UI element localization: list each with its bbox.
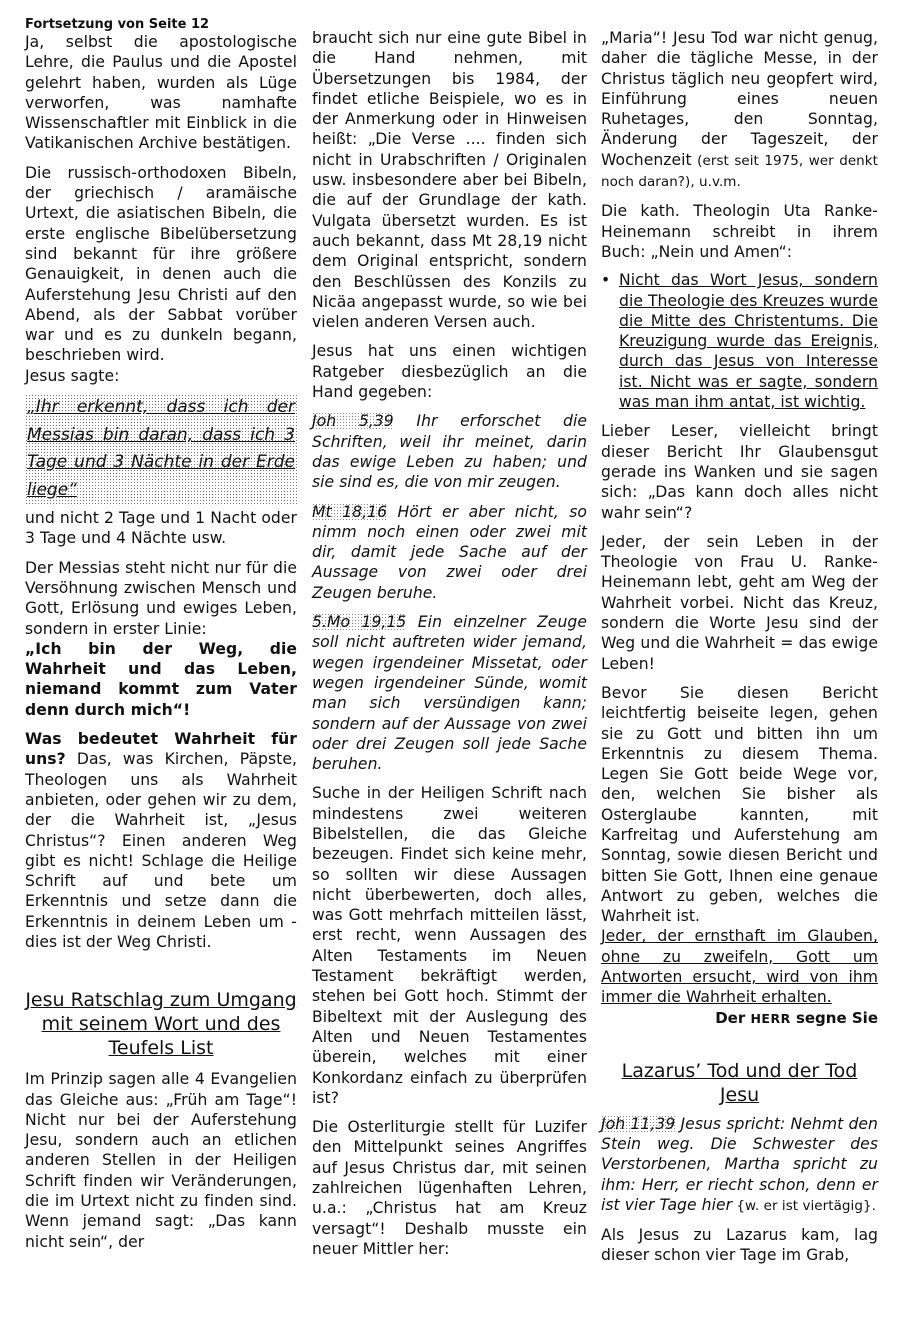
bible-verse: Joh 5,39 Ihr erforschet die Schriften, w… (312, 411, 587, 492)
paragraph: Bevor Sie diesen Bericht leichtfertig be… (601, 683, 878, 927)
paragraph: Als Jesus zu Lazarus kam, lag dieser sch… (601, 1225, 878, 1266)
blessing: Der HERR segne Sie (601, 1008, 878, 1029)
bible-verse: 5.Mo 19,15 Ein einzelner Zeuge soll nich… (312, 612, 587, 774)
paragraph: und nicht 2 Tage und 1 Nacht oder 3 Tage… (25, 508, 297, 549)
highlighted-quote: „Ihr erkennt, dass ich der Messias bin d… (25, 394, 297, 504)
paragraph-text: Das, was Kirchen, Päpste, Theologen uns … (25, 750, 297, 951)
bullet-item: • Nicht das Wort Jesus, sondern die Theo… (601, 270, 878, 412)
verse-reference: Joh 11,39 (601, 1115, 675, 1133)
paragraph: Jesus sagte: (25, 366, 297, 386)
section-heading: Jesu Ratschlag zum Umgang mit seinem Wor… (25, 988, 297, 1060)
column-2: braucht sich nur eine gute Bibel in die … (312, 28, 587, 1259)
paragraph: Jesus hat uns einen wichtigen Ratgeber d… (312, 341, 587, 402)
section-heading: Lazarus’ Tod und der Tod Jesu (601, 1059, 878, 1107)
blessing-text: segne Sie (791, 1009, 878, 1027)
verse-text: Ein einzelner Zeuge soll nicht auftreten… (312, 613, 587, 773)
bold-quote: „Ich bin der Weg, die Wahrheit und das L… (25, 639, 297, 720)
verse-reference: 5.Mo 19,15 (312, 613, 406, 631)
verse-reference: Joh 5,39 (312, 412, 394, 430)
paragraph: Jeder, der sein Leben in der Theologie v… (601, 532, 878, 674)
blessing-herr: HERR (750, 1011, 790, 1026)
column-3: „Maria“! Jesu Tod war nicht genug, daher… (601, 28, 878, 1266)
paragraph: Lieber Leser, vielleicht bringt dieser B… (601, 421, 878, 522)
paragraph: Im Prinzip sagen alle 4 Evangelien das G… (25, 1069, 297, 1252)
bible-verse: Mt 18,16 Hört er aber nicht, so nimm noc… (312, 502, 587, 603)
column-1: Fortsetzung von Seite 12 Ja, selbst die … (25, 18, 297, 1252)
continuation-note: Fortsetzung von Seite 12 (25, 18, 297, 32)
verse-note: {w. er ist viertägig}. (732, 1198, 876, 1214)
paragraph: „Maria“! Jesu Tod war nicht genug, daher… (601, 28, 878, 192)
bullet-icon: • (601, 270, 619, 412)
paragraph: braucht sich nur eine gute Bibel in die … (312, 28, 587, 332)
paragraph: Die Osterliturgie stellt für Luzifer den… (312, 1117, 587, 1259)
blessing-text: Der (715, 1009, 750, 1027)
paragraph-text: „Maria“! Jesu Tod war nicht genug, daher… (601, 29, 878, 169)
paragraph: Die russisch-orthodoxen Bibeln, der grie… (25, 163, 297, 366)
bullet-quote: Nicht das Wort Jesus, sondern die Theolo… (619, 270, 878, 412)
verse-reference: Mt 18,16 (312, 503, 387, 521)
bible-verse: Joh 11,39 Jesus spricht: Nehmt den Stein… (601, 1114, 878, 1216)
paragraph: Der Messias steht nicht nur für die Vers… (25, 558, 297, 639)
paragraph: Ja, selbst die apostologische Lehre, die… (25, 32, 297, 154)
paragraph: Was bedeutet Wahrheit für uns? Das, was … (25, 729, 297, 952)
paragraph: Suche in der Heiligen Schrift nach minde… (312, 783, 587, 1108)
paragraph: Die kath. Theologin Uta Ranke-Heinemann … (601, 201, 878, 262)
underlined-paragraph: Jeder, der ernsthaft im Glauben, ohne zu… (601, 926, 878, 1007)
